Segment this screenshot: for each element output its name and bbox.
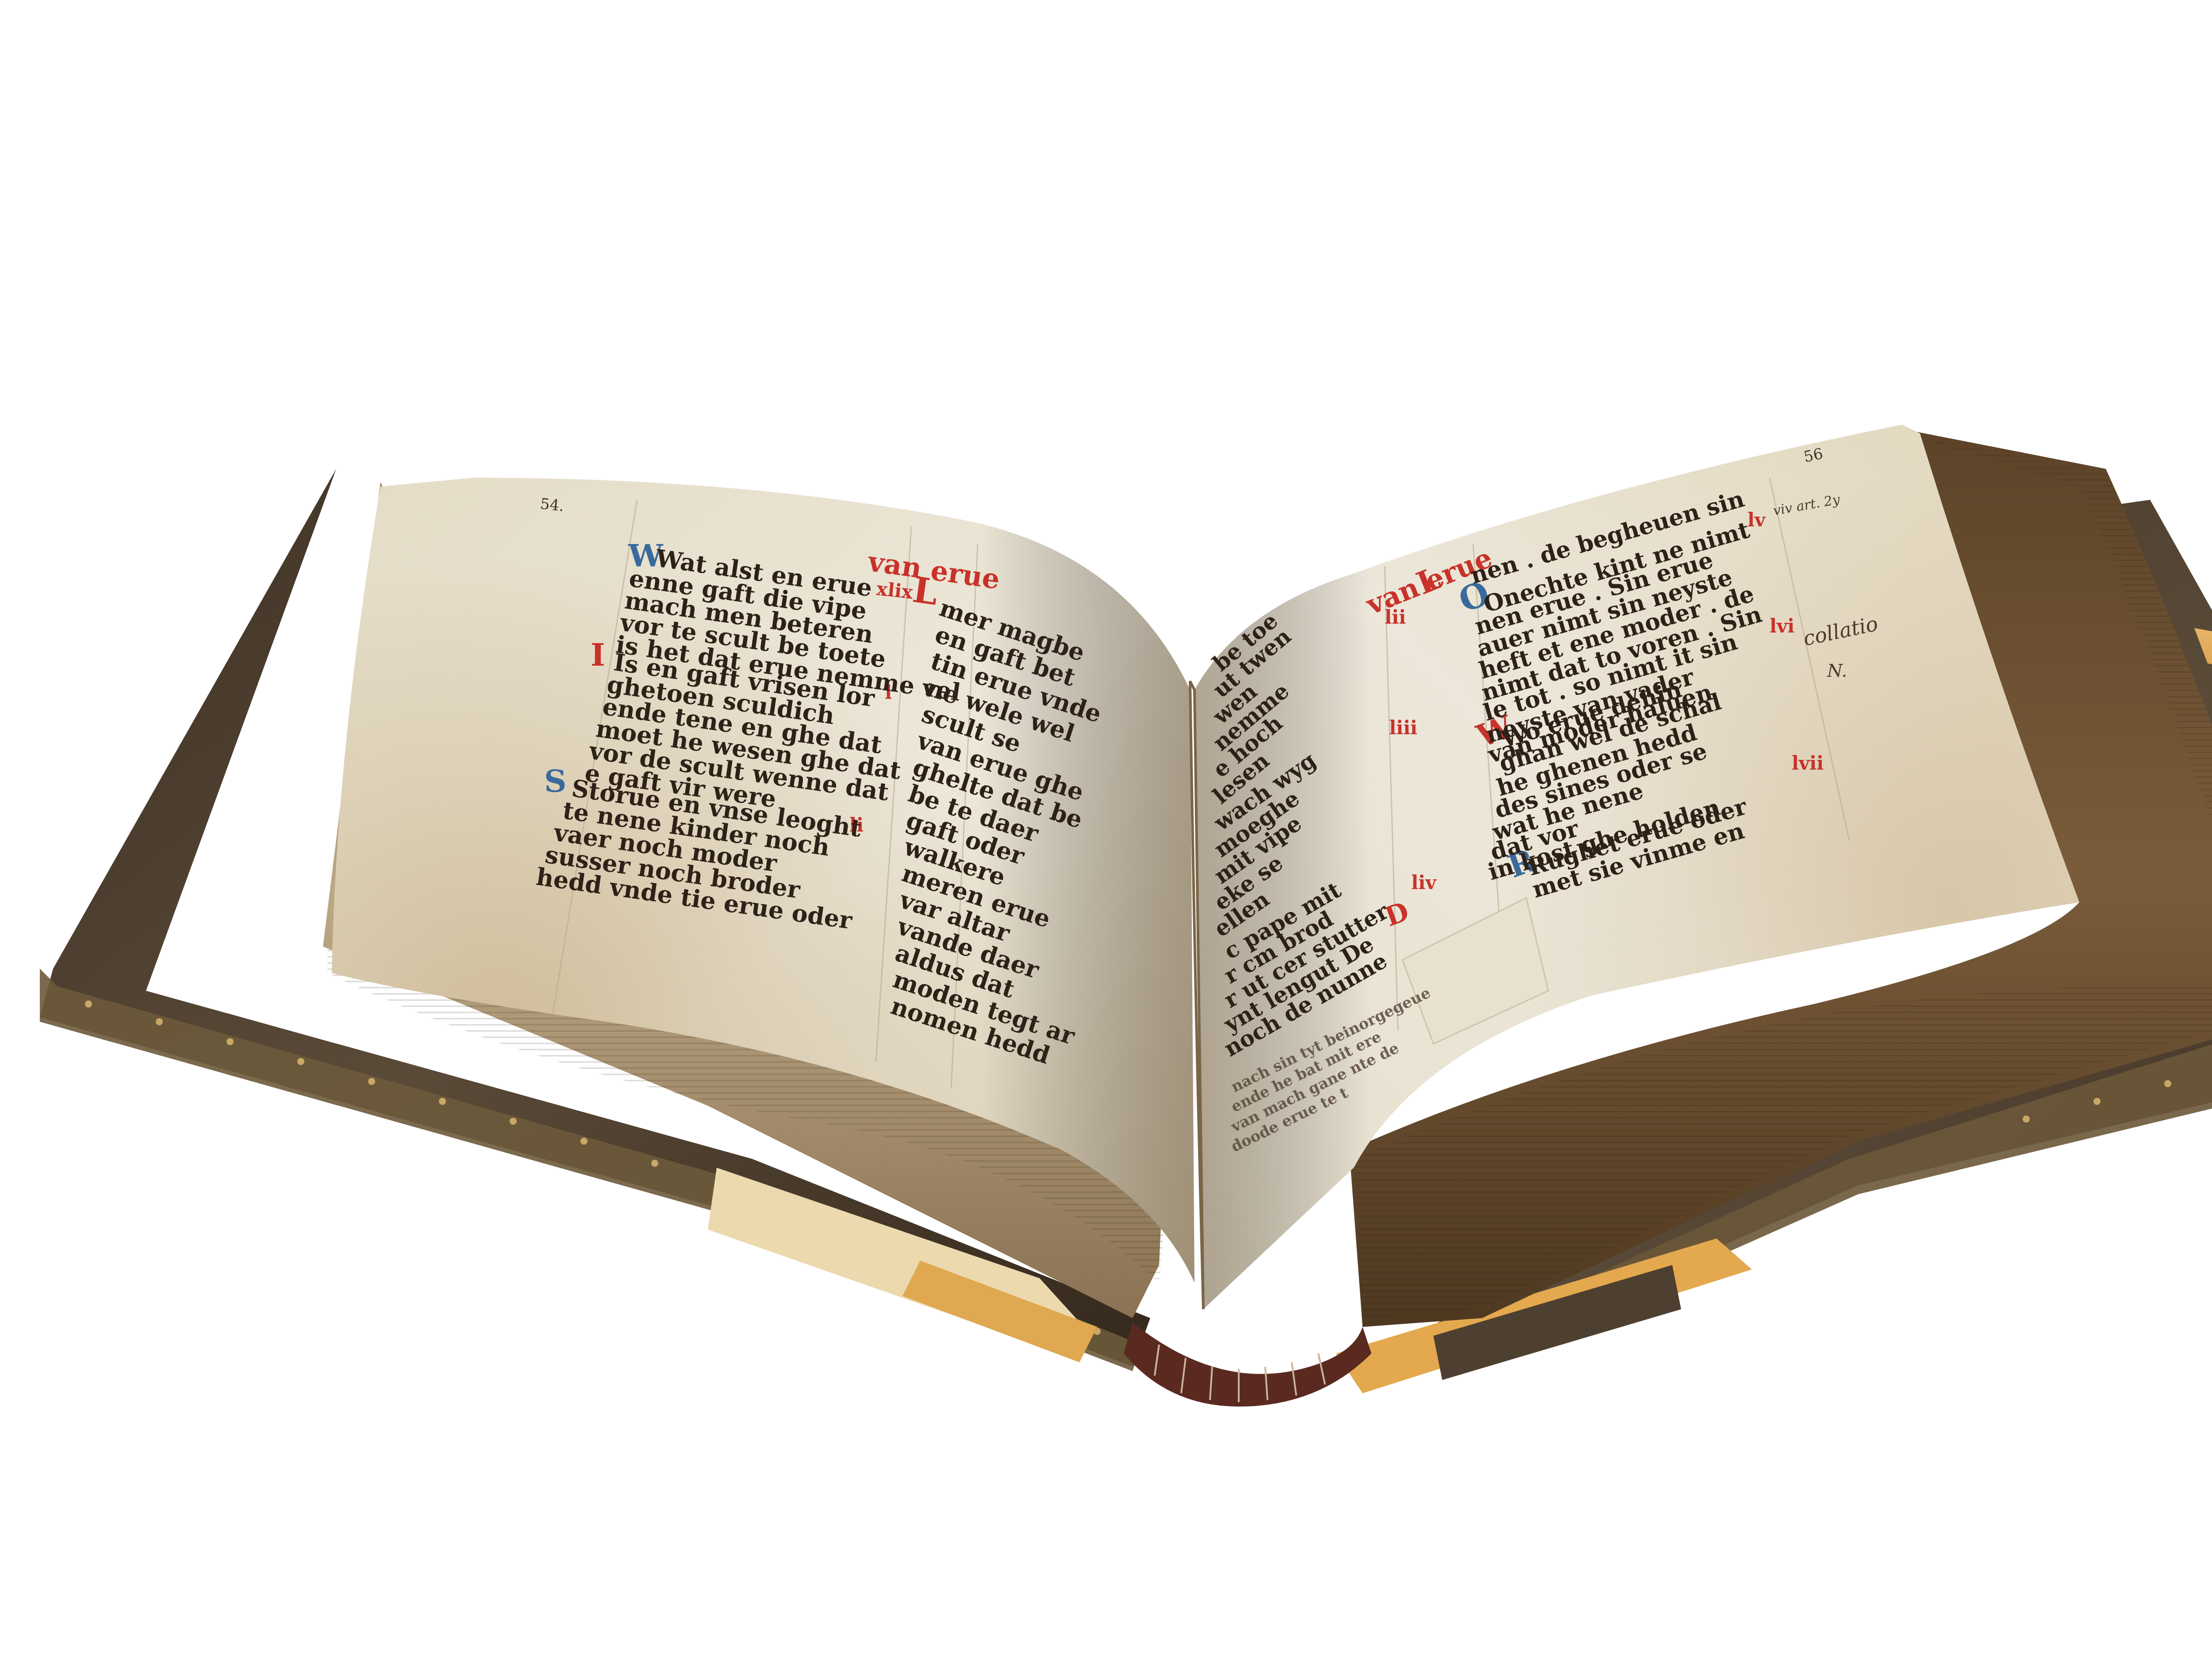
- rubric-mark-lvii: lvii: [1792, 752, 1824, 774]
- rubric-mark-lii: lii: [1385, 606, 1406, 628]
- rubric-mark-liii: liii: [1389, 717, 1417, 739]
- rubric-mark-lv: lv: [1747, 509, 1766, 531]
- marginal-note-N: N.: [1827, 661, 1847, 681]
- rubric-mark-xlix: xlix: [876, 578, 914, 603]
- initial-I-red-left: I: [591, 636, 605, 673]
- folio-number-left: 54.: [539, 495, 565, 515]
- initial-S-blue-left: S: [544, 763, 567, 799]
- rubric-mark-liv: liv: [1411, 872, 1437, 893]
- manuscript-photo: 54. van erue L xlix l li W I S Wat alst …: [0, 0, 2212, 1656]
- spine-headband: [1124, 1322, 1371, 1407]
- rubric-mark-lvi: lvi: [1770, 615, 1794, 637]
